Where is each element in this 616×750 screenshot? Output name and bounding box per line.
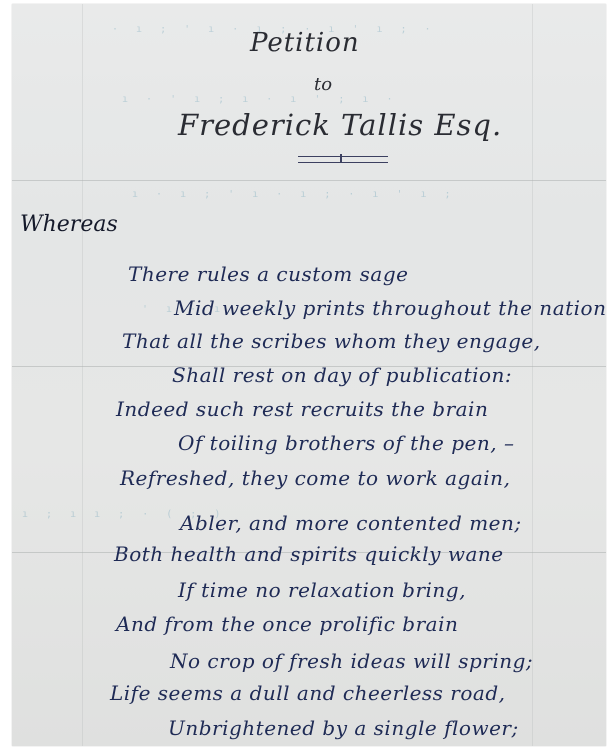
addressee-name: Frederick Tallis Esq. bbox=[178, 108, 502, 142]
paper-fold-line bbox=[12, 180, 606, 181]
poem-line: Abler, and more contented men; bbox=[180, 511, 522, 535]
poem-line: No crop of fresh ideas will spring; bbox=[170, 649, 533, 673]
petition-title: Petition bbox=[250, 28, 360, 58]
poem-line: That all the scribes whom they engage, bbox=[122, 329, 541, 353]
poem-line: Refreshed, they come to work again, bbox=[120, 466, 510, 490]
paper-fold-line bbox=[82, 4, 83, 746]
poem-line: If time no relaxation bring, bbox=[178, 578, 466, 602]
poem-line: There rules a custom sage bbox=[128, 262, 408, 286]
opening-word: Whereas bbox=[20, 212, 118, 237]
poem-line: Both health and spirits quickly wane bbox=[114, 542, 504, 566]
ink-bleed-through: ı · ı ; ' ı · ı ; · ı ' ı ; bbox=[132, 189, 457, 200]
poem-line: Indeed such rest recruits the brain bbox=[116, 397, 488, 421]
poem-line: Life seems a dull and cheerless road, bbox=[110, 681, 506, 705]
poem-line: Of toiling brothers of the pen, – bbox=[178, 431, 514, 455]
poem-line: And from the once prolific brain bbox=[116, 612, 458, 636]
handwritten-petition-page: · ı ; ' ı · ı ; · ı ' ı ; · ı · ' ı ; ı … bbox=[12, 4, 606, 746]
to-label: to bbox=[314, 74, 332, 95]
title-divider bbox=[298, 156, 388, 163]
poem-line: Shall rest on day of publication: bbox=[172, 363, 512, 387]
ink-bleed-through: ı · ' ı ; ı · ı ' ; ı · bbox=[122, 94, 398, 105]
poem-line: Unbrightened by a single flower; bbox=[168, 716, 519, 740]
poem-line: Mid weekly prints throughout the nation, bbox=[174, 296, 606, 320]
paper-fold-line bbox=[532, 4, 533, 746]
